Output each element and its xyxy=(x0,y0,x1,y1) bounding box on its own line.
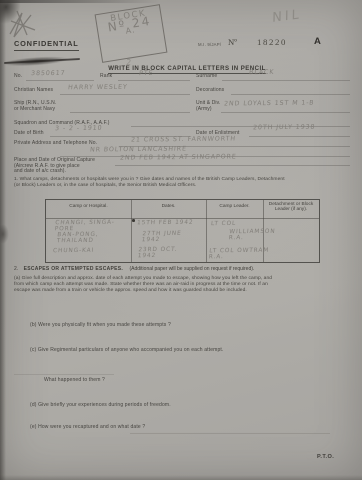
reference-no-label: Nº xyxy=(228,37,237,47)
field-enlistment-value: 20TH JULY 1938 xyxy=(253,125,316,132)
question-a: (a) Give full description and approx. da… xyxy=(14,276,354,293)
field-capture-label: Place and Date of Original Capture (Airc… xyxy=(14,158,95,175)
field-dob-value: 3 - 2 - 1910 xyxy=(55,126,103,133)
scan-edge-bottom xyxy=(0,475,362,480)
fill-line xyxy=(249,136,350,137)
field-rank-label: Rank xyxy=(100,73,112,79)
field-address-label: Private Address and Telephone No. xyxy=(14,140,97,146)
block-number-stamp: BLOCK Nº 24 A. xyxy=(95,4,168,63)
reference-number: 18220 xyxy=(257,37,287,47)
question-e: (e) How were you recaptured and on what … xyxy=(30,424,145,430)
scanned-form-page: CONFIDENTIAL BLOCK Nº 24 A. NIL 2 M.I. 9… xyxy=(0,0,362,480)
field-surname-label: Surname xyxy=(196,73,217,79)
field-no-value: 3850617 xyxy=(31,71,66,78)
section2-title: ESCAPES OR ATTEMPTED ESCAPES. xyxy=(24,266,124,272)
question-d: (d) Give briefly your experiences during… xyxy=(30,402,171,408)
field-capture-value: 2ND FEB 1942 AT SINGAPORE xyxy=(120,154,237,162)
reference-letter: A xyxy=(314,36,321,47)
field-christian-names-label: Christian Names xyxy=(14,87,53,93)
table-row-camp: CHANGI, SINGA- PORE xyxy=(54,220,115,233)
question-c-followup: What happened to them ? xyxy=(44,377,105,383)
nil-annotation: NIL xyxy=(272,12,302,22)
form-title-text: WRITE IN BLOCK CAPITAL LETTERS IN PENCIL xyxy=(108,65,266,74)
field-rank-value: PTE xyxy=(139,71,154,78)
field-decorations-label: Decorations xyxy=(196,87,224,93)
table-row-leader: WILLIAMSON R.A. xyxy=(228,229,275,242)
table-row-leader: LT COL OWTRAM R.A. xyxy=(208,248,269,261)
table-row-dates: 27TH JUNE 1942 xyxy=(141,231,181,244)
fill-line xyxy=(131,126,350,127)
section2-heading: 2. ESCAPES OR ATTEMPTED ESCAPES. (Additi… xyxy=(14,266,354,272)
table-row-dates: 23RD OCT. 1942 xyxy=(137,247,177,260)
fill-line xyxy=(26,80,94,81)
field-dob-label: Date of Birth xyxy=(14,130,44,136)
table-row-leader: LT COL xyxy=(211,221,237,227)
faint-pencil-line xyxy=(130,433,330,434)
faint-pencil-line xyxy=(14,374,114,375)
pencil-scribble-artifact xyxy=(5,8,43,42)
field-address-value-1: 21 CROSS ST. FARNWORTH xyxy=(131,136,236,144)
field-christian-names-value: HARRY WESLEY xyxy=(68,85,128,92)
reference-prefix: M.I. 9/JAP/ xyxy=(198,42,221,47)
field-unit-value: 2ND LOYALS 1ST M 1-B xyxy=(224,101,315,109)
section2-note: (Additional paper will be supplied on re… xyxy=(130,266,255,272)
table-header-camp: Camp or Hospital. xyxy=(46,204,131,209)
field-address-value-2: NR BOLTON LANCASHIRE xyxy=(90,146,187,154)
pto-marking: P.T.O. xyxy=(317,454,334,460)
table-row-camp: BAN-PONG, THAILAND xyxy=(56,232,98,245)
field-no-label: No. xyxy=(14,73,22,79)
fill-line xyxy=(115,165,350,166)
edge-smudge-artifact xyxy=(0,224,9,244)
field-surname-value: BLACK xyxy=(249,70,275,77)
scan-edge-left xyxy=(0,0,6,480)
fill-line xyxy=(70,112,190,113)
question-b: (b) Were you physically fit when you mad… xyxy=(30,322,171,328)
fill-line xyxy=(222,80,350,81)
fill-line xyxy=(118,80,190,81)
camps-table: Camp or Hospital. Dates. Camp Leader. De… xyxy=(45,199,320,263)
table-header-leader: Camp Leader. xyxy=(206,204,263,209)
table-row-dates: 15TH FEB 1942 xyxy=(137,220,194,227)
field-unit-label: Unit & Div. (Army) xyxy=(196,101,220,112)
scan-corner-blob xyxy=(0,0,25,27)
fill-line xyxy=(60,94,190,95)
field-ship-label: Ship (R.N., U.S.N. or Merchant Navy xyxy=(14,101,56,112)
fill-line xyxy=(231,94,350,95)
section1-intro: 1. What camps, detachments or hospitals … xyxy=(14,177,354,189)
question-c: (c) Give Regimental particulars of anyon… xyxy=(30,347,223,353)
table-header-block: Detachment or Block Leader (if any). xyxy=(263,202,319,213)
scan-edge-top xyxy=(0,0,160,3)
fill-line xyxy=(221,112,350,113)
section2-number: 2. xyxy=(14,266,18,272)
confidential-marking: CONFIDENTIAL xyxy=(14,39,79,51)
table-row-camp: CHUNG-KAI xyxy=(53,248,95,255)
table-header-dates: Dates. xyxy=(131,204,206,209)
